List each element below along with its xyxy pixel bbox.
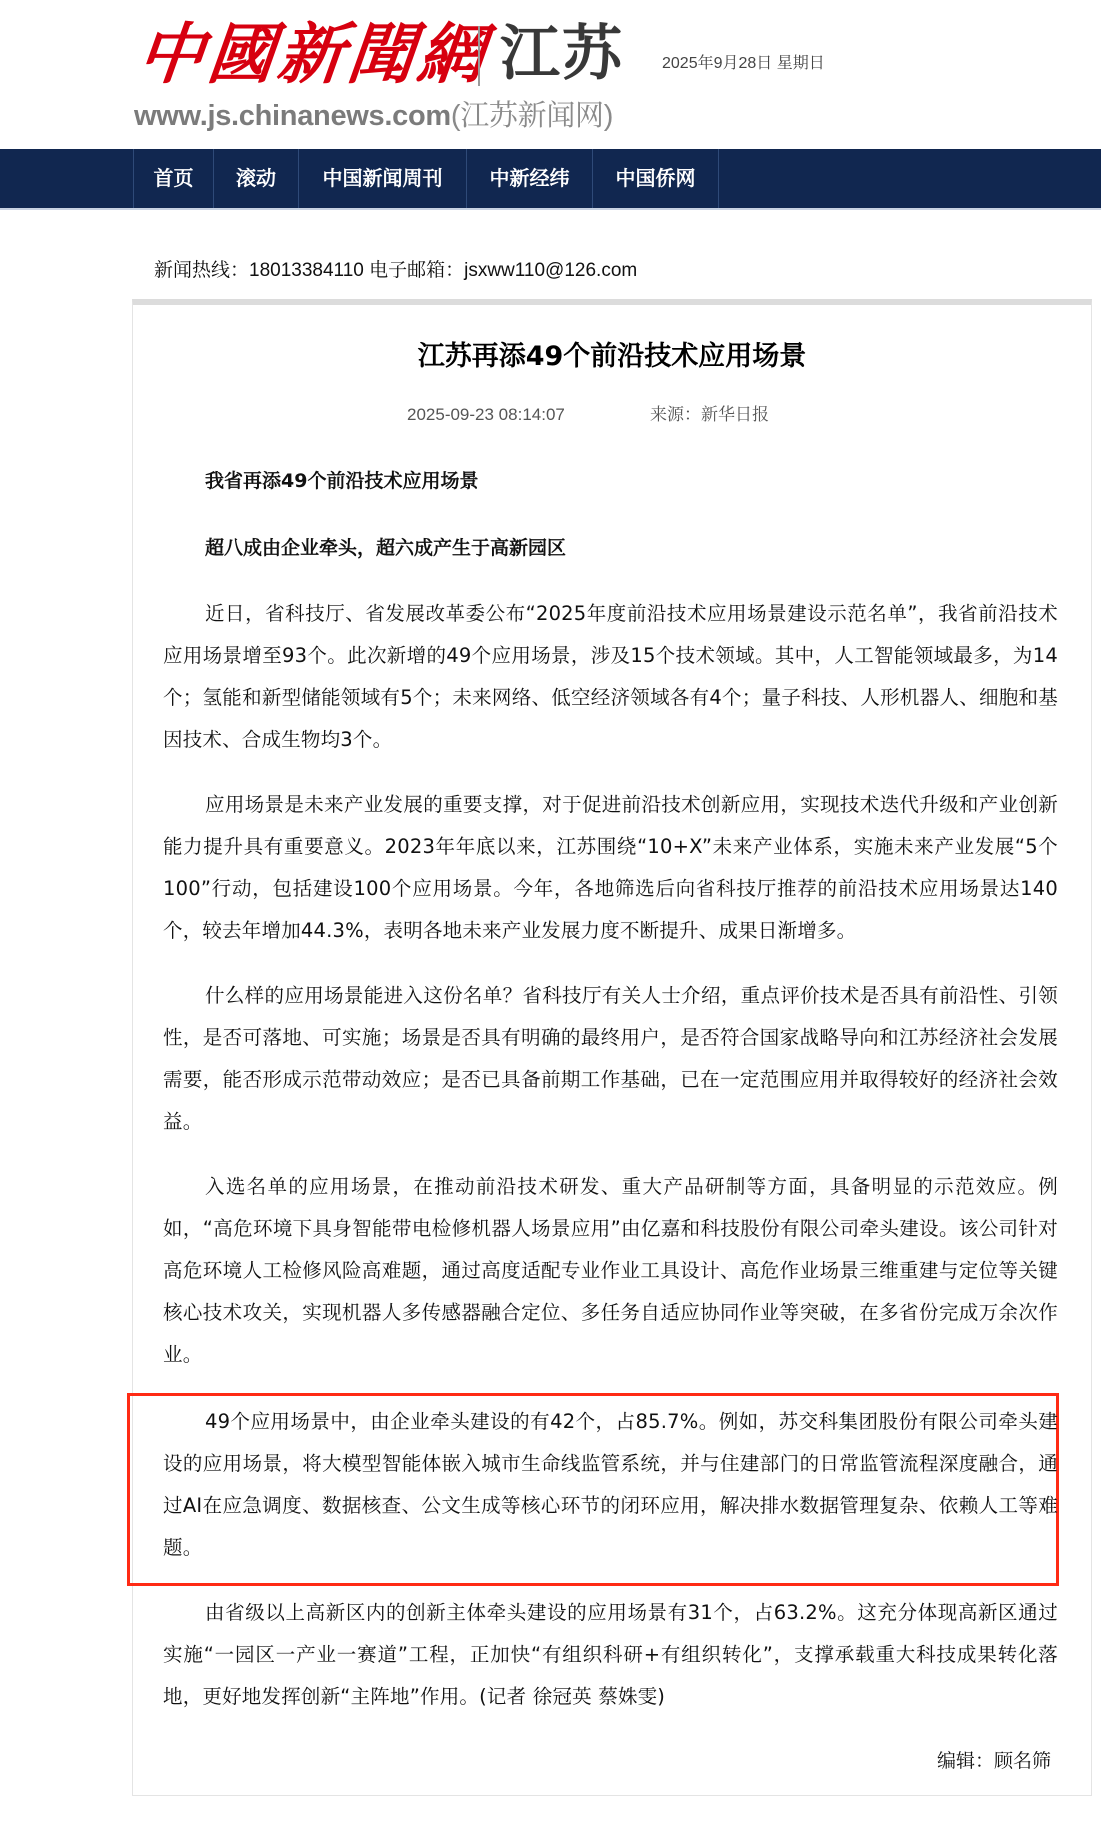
article-subhead: 我省再添49个前沿技术应用场景: [205, 467, 478, 495]
main-nav: 首页 滚动 中国新闻周刊 中新经纬 中国侨网: [0, 149, 1101, 210]
article-source: 来源：新华日报: [650, 403, 769, 427]
chinanews-logo[interactable]: 中國新聞網: [134, 14, 492, 94]
logo-divider: [478, 26, 480, 86]
nav-item-chinaqw[interactable]: 中国侨网: [592, 149, 718, 208]
article-paragraph: 应用场景是未来产业发展的重要支撑，对于促进前沿技术创新应用，实现技术迭代升级和产…: [163, 784, 1058, 952]
article-subhead: 超八成由企业牵头，超六成产生于高新园区: [205, 534, 566, 562]
article-meta: 2025-09-23 08:14:07 来源：新华日报: [0, 403, 1101, 427]
article-editor: 编辑：顾名筛: [937, 1747, 1051, 1775]
article-paragraph: 入选名单的应用场景，在推动前沿技术研发、重大产品研制等方面，具备明显的示范效应。…: [163, 1166, 1058, 1376]
article-paragraph-highlighted: 49个应用场景中，由企业牵头建设的有42个，占85.7%。例如，苏交科集团股份有…: [163, 1401, 1058, 1569]
site-url-domain: www.js.chinanews.com: [134, 100, 451, 132]
nav-item-rolling[interactable]: 滚动: [213, 149, 298, 208]
site-url-name: (江苏新闻网): [451, 100, 613, 132]
nav-item-jwview[interactable]: 中新经纬: [466, 149, 592, 208]
region-logo[interactable]: 江苏: [500, 14, 624, 94]
article-paragraph: 什么样的应用场景能进入这份名单？省科技厅有关人士介绍，重点评价技术是否具有前沿性…: [163, 975, 1058, 1143]
article-title: 江苏再添49个前沿技术应用场景: [132, 337, 1092, 377]
site-header: 中國新聞網 江苏 2025年9月28日 星期日 www.js.chinanews…: [0, 0, 1101, 149]
article-datetime: 2025-09-23 08:14:07: [407, 403, 565, 427]
article-paragraph: 由省级以上高新区内的创新主体牵头建设的应用场景有31个，占63.2%。这充分体现…: [163, 1592, 1058, 1718]
nav-item-home[interactable]: 首页: [133, 149, 213, 208]
site-url: www.js.chinanews.com(江苏新闻网): [134, 99, 613, 133]
nav-item-china-newsweek[interactable]: 中国新闻周刊: [298, 149, 466, 208]
header-date: 2025年9月28日 星期日: [662, 54, 825, 74]
article-paragraph: 近日，省科技厅、省发展改革委公布“2025年度前沿技术应用场景建设示范名单”，我…: [163, 593, 1058, 761]
news-hotline: 新闻热线：18013384110 电子邮箱：jsxww110@126.com: [154, 259, 637, 283]
nav-divider: [718, 149, 719, 208]
